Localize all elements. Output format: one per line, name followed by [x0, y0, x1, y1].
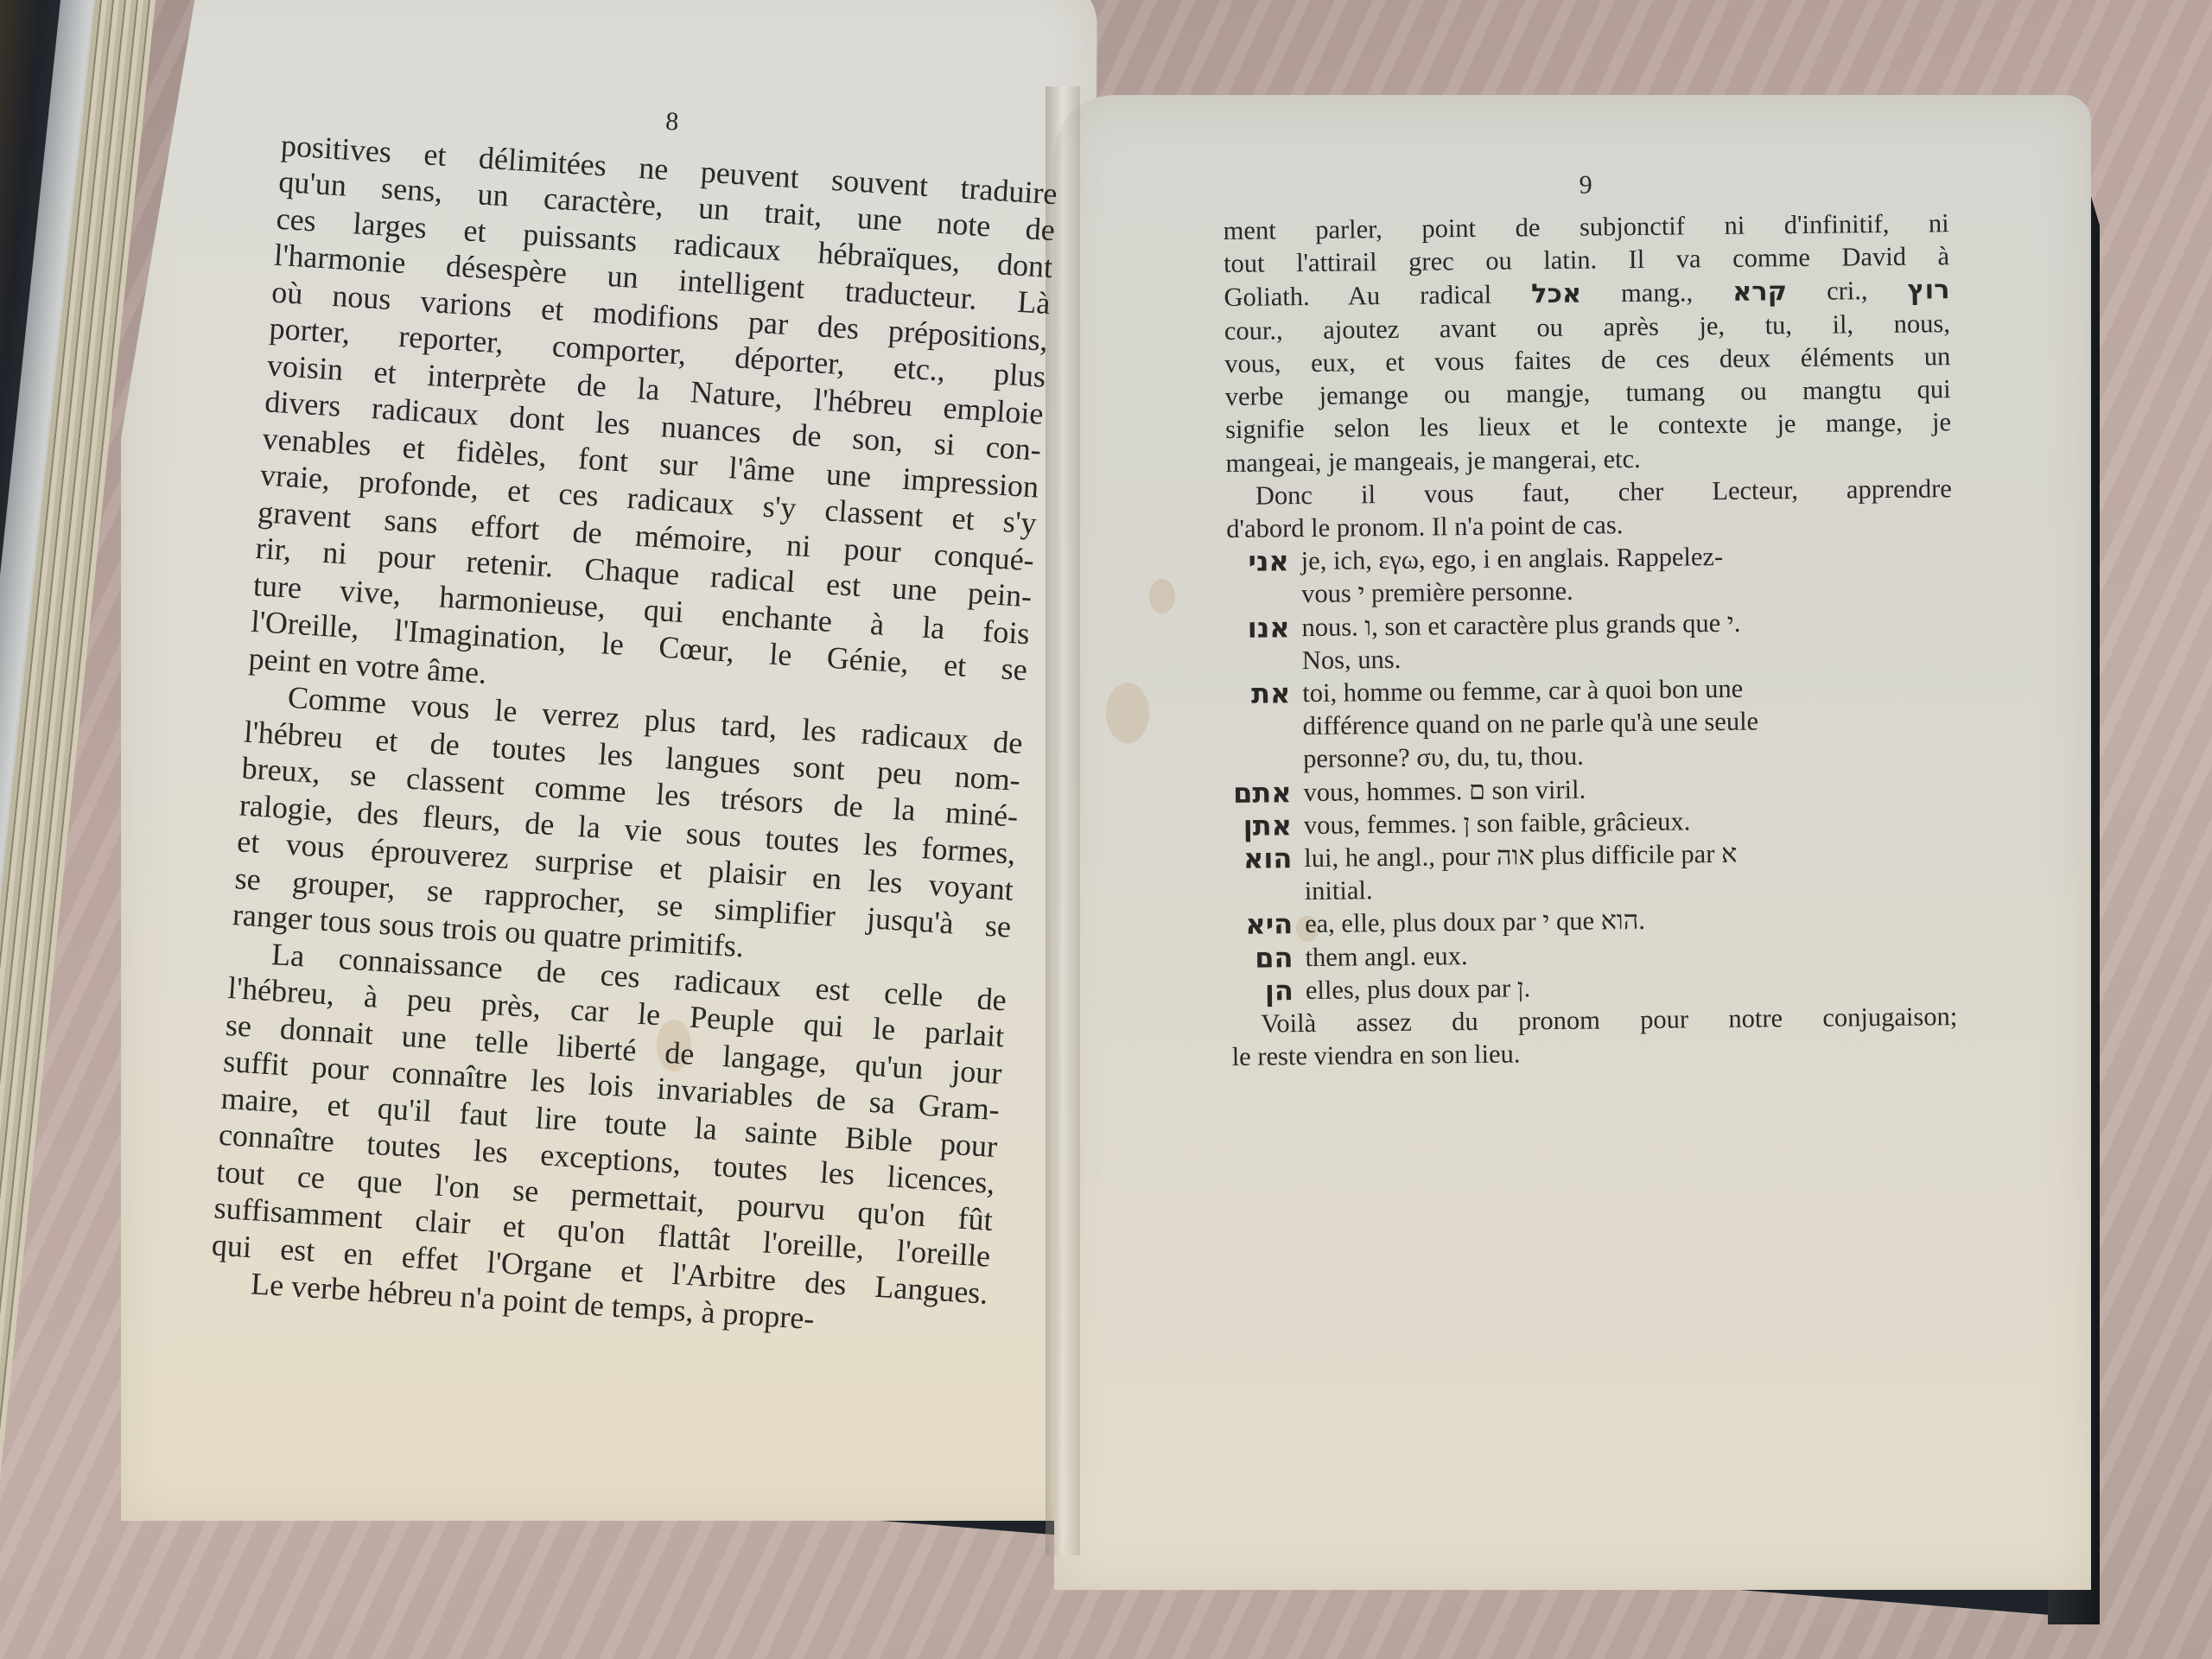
right-page-text: 9 ment parler, point de subjonctif ni d'… — [1223, 165, 1958, 1073]
hebrew-pronoun: הוא — [1230, 842, 1304, 875]
hebrew-pronoun: הן — [1231, 974, 1306, 1007]
hebrew-pronoun: הם — [1230, 941, 1305, 975]
hebrew-pronoun: אתם — [1229, 776, 1303, 810]
hebrew-pronoun: אני — [1227, 544, 1301, 578]
hebrew-pronoun: אתן — [1230, 809, 1304, 842]
text-fragment: mang., — [1621, 277, 1693, 308]
pronoun-gloss: lui, he angl., pour אוה plus difficile p… — [1304, 835, 1955, 874]
pronoun-gloss: je, ich, εγω, ego, i en anglais. Rappele… — [1301, 537, 1953, 577]
pronoun-gloss: nous. ו, son et caractère plus grands qu… — [1301, 604, 1953, 644]
book-gutter — [1046, 86, 1080, 1555]
hebrew-pronoun: את — [1228, 677, 1302, 710]
foxing-stain — [1106, 683, 1149, 743]
hebrew-word: רוץ — [1907, 275, 1949, 306]
page-number: 9 — [1223, 165, 1948, 206]
pronoun-gloss: toi, homme ou femme, car à quoi bon une — [1302, 670, 1954, 709]
hebrew-word: אכל — [1531, 278, 1581, 309]
left-page-text: 8 positives et délimitées ne peuvent sou… — [208, 79, 1061, 1348]
hebrew-word: קרא — [1732, 276, 1787, 308]
hebrew-pronoun: אנו — [1227, 611, 1301, 645]
foxing-stain — [1149, 579, 1175, 613]
hebrew-pronoun: היא — [1230, 908, 1305, 942]
text-fragment: cri., — [1827, 276, 1868, 305]
text-fragment: Goliath. Au radical — [1224, 279, 1491, 311]
